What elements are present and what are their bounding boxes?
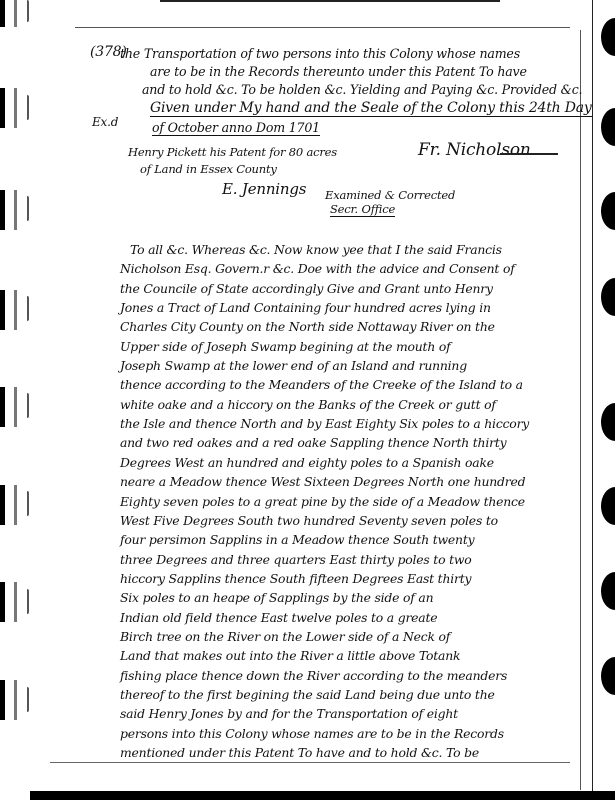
examiner-office: Secr. Office <box>330 202 395 217</box>
body-line: and two red oakes and a red oake Sapplin… <box>120 435 506 450</box>
header-line: Given under My hand and the Seale of the… <box>150 100 592 117</box>
binding-rule <box>14 0 17 27</box>
body-line: Indian old field thence East twelve pole… <box>120 610 437 625</box>
binding-rule <box>27 196 29 221</box>
binding-rule <box>14 680 17 720</box>
binding-rule <box>27 589 29 614</box>
body-line: Degrees West an hundred and eighty poles… <box>120 455 494 470</box>
body-line: persons into this Colony whose names are… <box>120 726 504 741</box>
body-line: Eighty seven poles to a great pine by th… <box>120 494 525 509</box>
binding-rule <box>27 296 29 321</box>
binding-mark <box>0 290 5 330</box>
header-line: the Transportation of two persons into t… <box>120 46 520 61</box>
binding-rule <box>14 190 17 230</box>
body-line: Charles City County on the North side No… <box>120 319 495 334</box>
binding-hole <box>601 657 615 695</box>
binding-mark <box>0 387 5 427</box>
binding-mark <box>0 582 5 622</box>
body-line: Upper side of Joseph Swamp begining at t… <box>120 339 451 354</box>
header-line: are to be in the Records thereunto under… <box>150 64 527 79</box>
marginal-entry-title: Henry Pickett his Patent for 80 acres <box>128 145 337 159</box>
body-line: fishing place thence down the River acco… <box>120 668 507 683</box>
bottom-edge <box>30 791 615 800</box>
body-line: thereof to the first begining the said L… <box>120 687 495 702</box>
marginal-entry-county: of Land in Essex County <box>140 162 277 176</box>
binding-rule <box>14 88 17 128</box>
body-line: Nicholson Esq. Govern.r &c. Doe with the… <box>120 261 515 276</box>
binding-hole <box>601 278 615 316</box>
body-line: Jones a Tract of Land Containing four hu… <box>120 300 491 315</box>
body-line: mentioned under this Patent To have and … <box>120 745 479 760</box>
bottom-rule <box>50 762 570 763</box>
body-line: hiccory Sapplins thence South fifteen De… <box>120 571 471 586</box>
binding-rule <box>27 95 29 120</box>
body-line: Birch tree on the River on the Lower sid… <box>120 629 450 644</box>
clerk-signature: E. Jennings <box>222 180 306 198</box>
examined-mark: Ex.d <box>92 115 118 129</box>
binding-rule <box>27 0 29 22</box>
binding-rule <box>14 582 17 622</box>
header-line: of October anno Dom 1701 <box>152 120 320 136</box>
binding-hole <box>601 18 615 56</box>
governor-signature: Fr. Nicholson <box>418 140 531 160</box>
body-line: To all &c. Whereas &c. Now know yee that… <box>130 242 502 257</box>
binding-rule <box>14 290 17 330</box>
header-line: and to hold &c. To be holden &c. Yieldin… <box>142 82 582 97</box>
binding-mark <box>0 680 5 720</box>
body-line: said Henry Jones by and for the Transpor… <box>120 706 458 721</box>
body-line: three Degrees and three quarters East th… <box>120 552 472 567</box>
binding-hole <box>601 572 615 610</box>
binding-rule <box>14 485 17 525</box>
binding-rule <box>27 393 29 418</box>
body-line: white oake and a hiccory on the Banks of… <box>120 397 496 412</box>
signature-flourish <box>500 153 558 155</box>
body-line: the Councile of State accordingly Give a… <box>120 281 493 296</box>
binding-mark <box>0 485 5 525</box>
body-line: Six poles to an heape of Sapplings by th… <box>120 590 433 605</box>
body-line: four persimon Sapplins in a Meadow thenc… <box>120 532 474 547</box>
binding-mark <box>0 0 5 27</box>
examiner-note: Examined & Corrected <box>325 188 455 202</box>
binding-rule <box>14 387 17 427</box>
binding-mark <box>0 88 5 128</box>
body-line: Joseph Swamp at the lower end of an Isla… <box>120 358 467 373</box>
body-line: the Isle and thence North and by East Ei… <box>120 416 529 431</box>
body-line: neare a Meadow thence West Sixteen Degre… <box>120 474 525 489</box>
binding-hole <box>601 108 615 146</box>
binding-rule <box>27 687 29 712</box>
binding-hole <box>601 487 615 525</box>
body-line: West Five Degrees South two hundred Seve… <box>120 513 498 528</box>
body-line: Land that makes out into the River a lit… <box>120 648 460 663</box>
binding-hole <box>601 192 615 230</box>
top-rule <box>75 27 570 28</box>
binding-mark <box>0 190 5 230</box>
binding-hole <box>601 403 615 441</box>
binding-rule <box>27 491 29 516</box>
top-edge <box>160 0 500 2</box>
right-page-edge <box>592 0 593 800</box>
right-margin-rule <box>580 30 581 790</box>
body-line: thence according to the Meanders of the … <box>120 377 523 392</box>
manuscript-page: (378) Ex.d the Transportation of two per… <box>0 0 615 800</box>
